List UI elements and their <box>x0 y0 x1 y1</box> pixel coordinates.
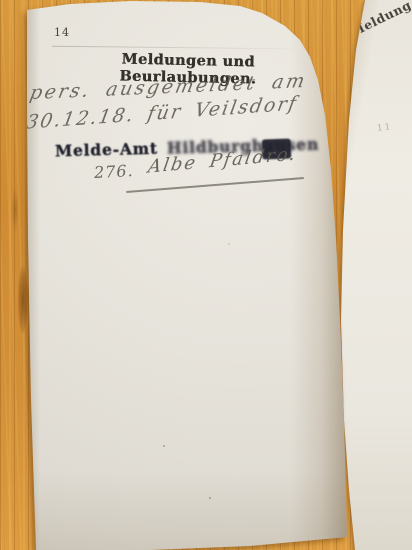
entry-number: 276. <box>94 161 135 182</box>
photo-scene: Meldung 11 14 Meldungen und Beurlaubunge… <box>0 0 412 550</box>
signature-underline <box>126 177 304 192</box>
stamp-office-name: Melde-Amt <box>55 139 158 161</box>
page-number: 14 <box>54 26 70 39</box>
printed-rule <box>52 46 292 50</box>
paper-speck <box>228 243 230 245</box>
paper-speck <box>163 445 165 447</box>
left-page-wrap: 14 Meldungen und Beurlaubungen. pers. au… <box>0 0 412 550</box>
left-page: 14 Meldungen und Beurlaubungen. pers. au… <box>0 0 412 550</box>
paper-speck <box>209 497 211 499</box>
